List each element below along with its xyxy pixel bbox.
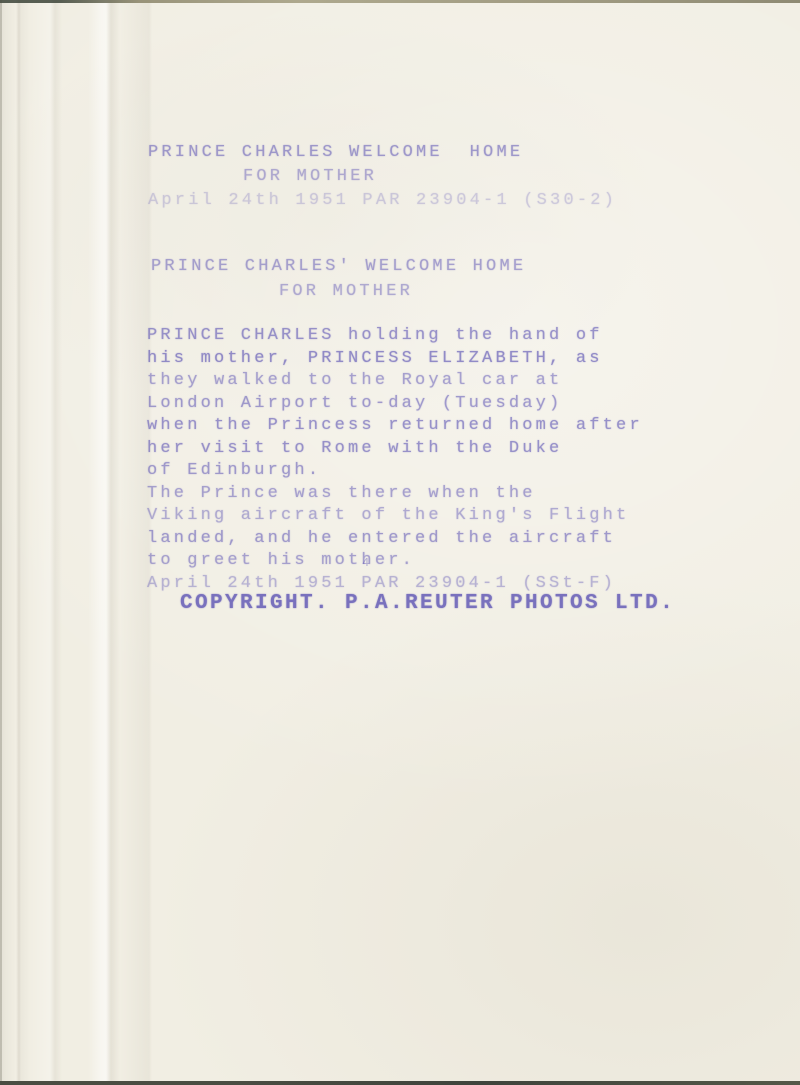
caption-line: The Prince was there when the — [147, 483, 643, 506]
copyright-line: COPYRIGHT. P.A.REUTER PHOTOS LTD. — [180, 592, 675, 615]
caption-line: London Airport to-day (Tuesday) — [147, 393, 643, 416]
stamp-line: April 24th 1951 PAR 23904-1 (S30-2) — [148, 189, 617, 213]
caption-line: his mother, PRINCESS ELIZABETH, as — [147, 348, 643, 371]
photo-edge-bottom — [0, 1081, 800, 1085]
caption-line: they walked to the Royal car at — [147, 370, 643, 393]
title-line: FOR MOTHER — [151, 279, 526, 304]
caption-line: when the Princess returned home after — [147, 415, 643, 438]
caption-line: to greet his mother. — [147, 550, 643, 573]
photo-edge-left — [0, 0, 2, 1085]
caption-line: her visit to Rome with the Duke — [147, 438, 643, 461]
stamp-top-block: PRINCE CHARLES WELCOME HOME FOR MOTHER A… — [148, 141, 617, 213]
photo-back-scan: PRINCE CHARLES WELCOME HOME FOR MOTHER A… — [0, 0, 800, 1085]
caption-line: of Edinburgh. — [147, 460, 643, 483]
caption-body-block: PRINCE CHARLES holding the hand of his m… — [147, 325, 643, 595]
stray-typed-mark: 4 — [362, 556, 369, 570]
stamp-line: PRINCE CHARLES WELCOME HOME — [148, 141, 617, 165]
stamp-line: FOR MOTHER — [148, 165, 617, 189]
photo-edge-top — [0, 0, 800, 3]
caption-line: landed, and he entered the aircraft — [147, 528, 643, 551]
caption-line: Viking aircraft of the King's Flight — [147, 505, 643, 528]
caption-title-block: PRINCE CHARLES' WELCOME HOME FOR MOTHER — [151, 254, 526, 304]
caption-line: PRINCE CHARLES holding the hand of — [147, 325, 643, 348]
title-line: PRINCE CHARLES' WELCOME HOME — [151, 254, 526, 279]
